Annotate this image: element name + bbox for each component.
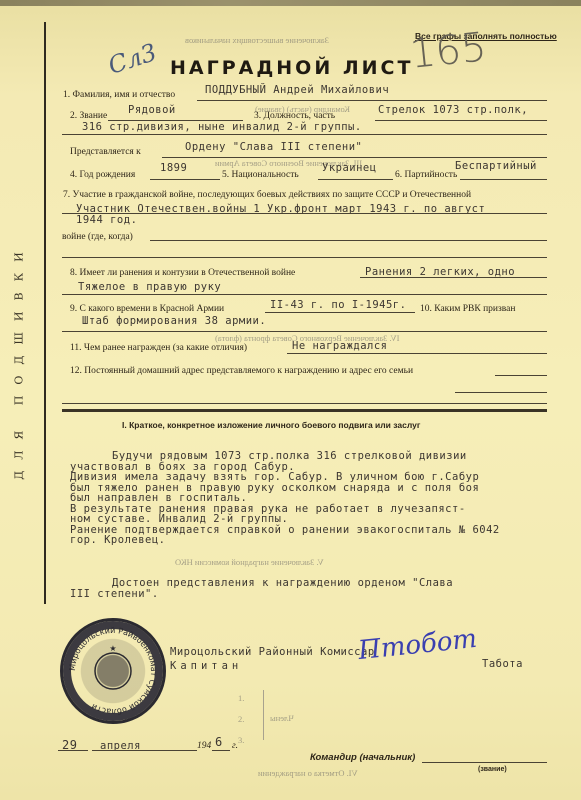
narrative-line: гор. Кролевец. <box>70 534 166 546</box>
date-year-prefix: 194 <box>197 741 211 751</box>
field-7-value-continued[interactable]: 1944 год. <box>76 214 137 226</box>
field-10-line <box>62 331 547 332</box>
field-12-line-2 <box>455 392 547 393</box>
faint-members: Члены <box>270 713 294 723</box>
field-8-label: 8. Имеет ли ранения и контузии в Отечест… <box>70 268 295 278</box>
field-4-value[interactable]: 1899 <box>160 162 187 174</box>
field-7-line-3 <box>62 257 547 258</box>
faint-divider <box>263 690 264 740</box>
field-12-line-1 <box>495 375 547 376</box>
faint-show-through-text: Командир (часть) (звание) <box>255 104 350 114</box>
field-8-value-continued[interactable]: Тяжелое в правую руку <box>78 281 221 293</box>
field-10-label: 10. Каким РВК призван <box>420 304 515 314</box>
presented-value[interactable]: Ордену "Слава III степени" <box>185 141 362 153</box>
field-7-label-continued: войне (где, когда) <box>62 232 133 242</box>
field-11-value[interactable]: Не награждался <box>292 340 388 352</box>
date-month-line <box>92 750 197 751</box>
handwritten-note-left: Сл3 <box>105 38 160 80</box>
field-7-label: 7. Участие в гражданской войне, последую… <box>63 190 471 200</box>
field-5-label: 5. Национальность <box>222 170 299 180</box>
top-edge-shadow <box>0 0 581 6</box>
handwritten-number: 165 <box>408 24 489 78</box>
date-year-suffix: 6 <box>215 735 223 749</box>
field-10-value[interactable]: Штаб формирования 38 армии. <box>82 315 266 327</box>
field-9-label: 9. С какого времени в Красной Армии <box>70 304 224 314</box>
faint-list-2: 2. <box>238 714 244 724</box>
field-7-line-2 <box>150 240 547 241</box>
field-1-line <box>197 100 547 101</box>
field-8-line-1 <box>360 277 547 278</box>
commander-line <box>422 762 547 763</box>
commissar-title: Мироцольский Районный Комиссар <box>170 646 375 658</box>
field-1-value[interactable]: ПОДДУБНЫЙ Андрей Михайлович <box>205 84 389 96</box>
faint-show-through-text: V. Заключение наградной комиссии НКО <box>175 557 324 567</box>
binding-label-text: ДЛЯ ПОДШИВКИ <box>13 241 26 479</box>
award-sheet-page: ДЛЯ ПОДШИВКИ Заключение вышестоящих нача… <box>0 0 581 800</box>
date-g: г. <box>232 741 238 751</box>
conclusion-line: III степени". <box>70 588 159 600</box>
faint-list-1: 1. <box>238 693 244 703</box>
svg-text:Мироцольский Райвоенкомат Сумс: Мироцольский Райвоенкомат Сумской област… <box>68 626 158 716</box>
presented-label: Представляется к <box>70 147 141 157</box>
field-12-label: 12. Постоянный домашний адрес представля… <box>70 366 413 376</box>
date-year-line <box>212 750 230 751</box>
field-3-line <box>375 120 547 121</box>
field-4-label: 4. Год рождения <box>70 170 135 180</box>
conclusion-line: Достоен представления к награждению орде… <box>112 577 453 589</box>
rank-caption: (звание) <box>478 766 507 773</box>
faint-show-through-text: VI. Отметка о награждении <box>258 768 358 778</box>
field-4-line <box>150 179 220 180</box>
faint-show-through-text: Заключение вышестоящих начальников <box>185 35 329 45</box>
commander-label: Командир (начальник) <box>310 752 415 763</box>
field-5-line <box>318 179 393 180</box>
field-2-value[interactable]: Рядовой <box>128 104 176 116</box>
field-11-line <box>287 353 547 354</box>
commissar-rank: Капитан <box>170 660 242 672</box>
field-9-value[interactable]: II-43 г. по I-1945г. <box>270 299 406 311</box>
field-6-line <box>460 179 547 180</box>
field-3-value[interactable]: Стрелок 1073 стр.полк, <box>378 104 528 116</box>
section-divider <box>62 409 547 412</box>
field-8-line-2 <box>62 294 547 295</box>
binding-margin-line <box>44 22 46 604</box>
field-6-value[interactable]: Беспартийный <box>455 160 537 172</box>
field-6-label: 6. Партийность <box>395 170 457 180</box>
field-12-line-3 <box>62 403 547 404</box>
signer-surname: Табота <box>482 658 523 670</box>
narrative-heading: I. Краткое, конкретное изложение личного… <box>122 420 420 430</box>
date-day-line <box>58 750 88 751</box>
field-1-label: 1. Фамилия, имя и отчество <box>63 90 175 100</box>
faint-list-3: 3. <box>238 735 244 745</box>
stamp-ring-text: Мироцольский Райвоенкомат Сумской област… <box>63 621 163 721</box>
svg-text:★: ★ <box>109 644 116 653</box>
field-3-line-2 <box>62 134 547 135</box>
document-title: НАГРАДНОЙ ЛИСТ <box>170 57 413 79</box>
field-5-value[interactable]: Украинец <box>322 162 377 174</box>
field-2-label: 2. Звание <box>70 111 107 121</box>
field-3-value-continued[interactable]: 316 стр.дивизия, ныне инвалид 2-й группы… <box>82 121 362 133</box>
official-stamp: Мироцольский Райвоенкомат Сумской област… <box>60 618 166 724</box>
handwritten-signature: Птобот <box>357 624 479 666</box>
field-11-label: 11. Чем ранее награжден (за какие отличи… <box>70 343 247 353</box>
binding-label: ДЛЯ ПОДШИВКИ <box>6 135 32 585</box>
field-9-line <box>265 312 415 313</box>
